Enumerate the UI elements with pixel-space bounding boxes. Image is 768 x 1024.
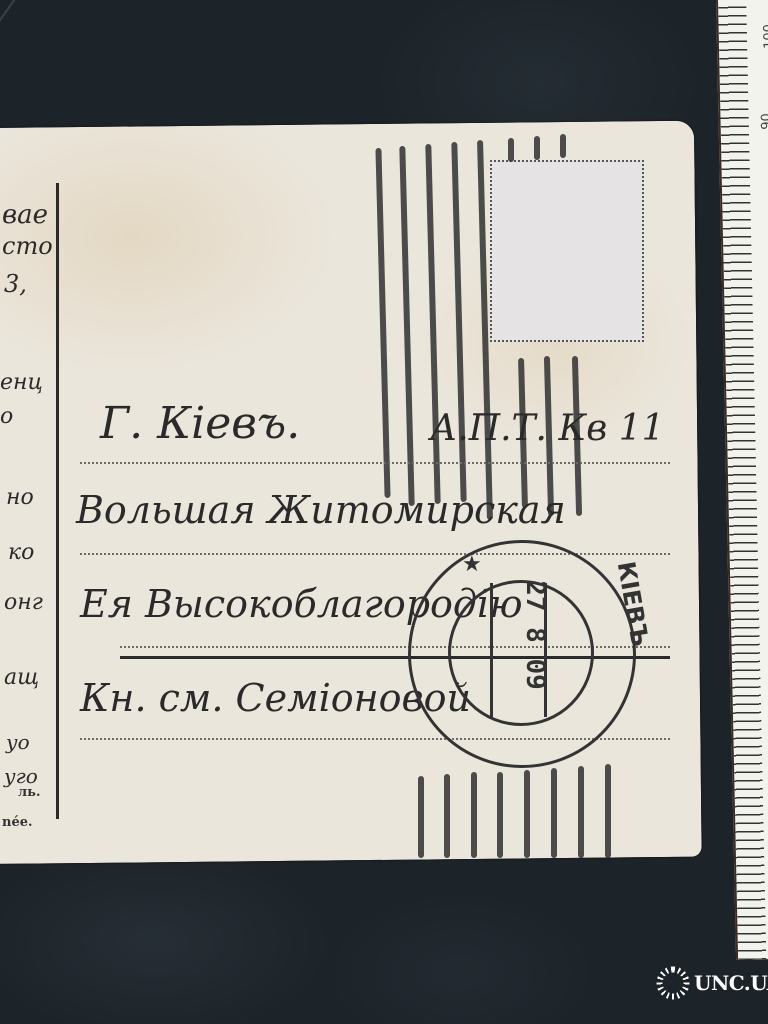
sunburst-icon (656, 966, 690, 1000)
message-fragment: енц (0, 370, 43, 395)
postmark-date: 27 8 09 (520, 580, 550, 690)
message-fragment: сто (2, 232, 53, 260)
message-fragment: о (0, 404, 13, 429)
stamp-placeholder-box (490, 160, 644, 342)
postmark-bar (490, 583, 493, 717)
message-fragment: вае (2, 200, 48, 230)
ruler-number: 90 (759, 113, 768, 130)
address-line-2 (80, 553, 670, 555)
address-city: Г. Кіевъ. (100, 398, 300, 449)
postcard-divider-line (56, 183, 59, 819)
printed-text: ль. (18, 785, 41, 800)
message-fragment: 3, (4, 270, 27, 298)
printed-text: née. (2, 815, 33, 830)
watermark-logo: UNC.UA (656, 966, 768, 1000)
address-district: А.П.Т. Кв 11 (430, 408, 665, 449)
message-fragment: ащ (4, 665, 39, 690)
message-fragment: онг (4, 590, 43, 615)
address-line-1 (80, 462, 670, 464)
message-fragment: ко (8, 540, 34, 565)
star-icon: ★ (462, 552, 482, 577)
message-fragment: уо (6, 730, 30, 754)
watermark-text: UNC.UA (694, 971, 768, 995)
ruler-number: 100 (761, 24, 768, 49)
message-fragment: но (6, 485, 34, 510)
address-street: Вольшая Житомирская (76, 488, 566, 532)
